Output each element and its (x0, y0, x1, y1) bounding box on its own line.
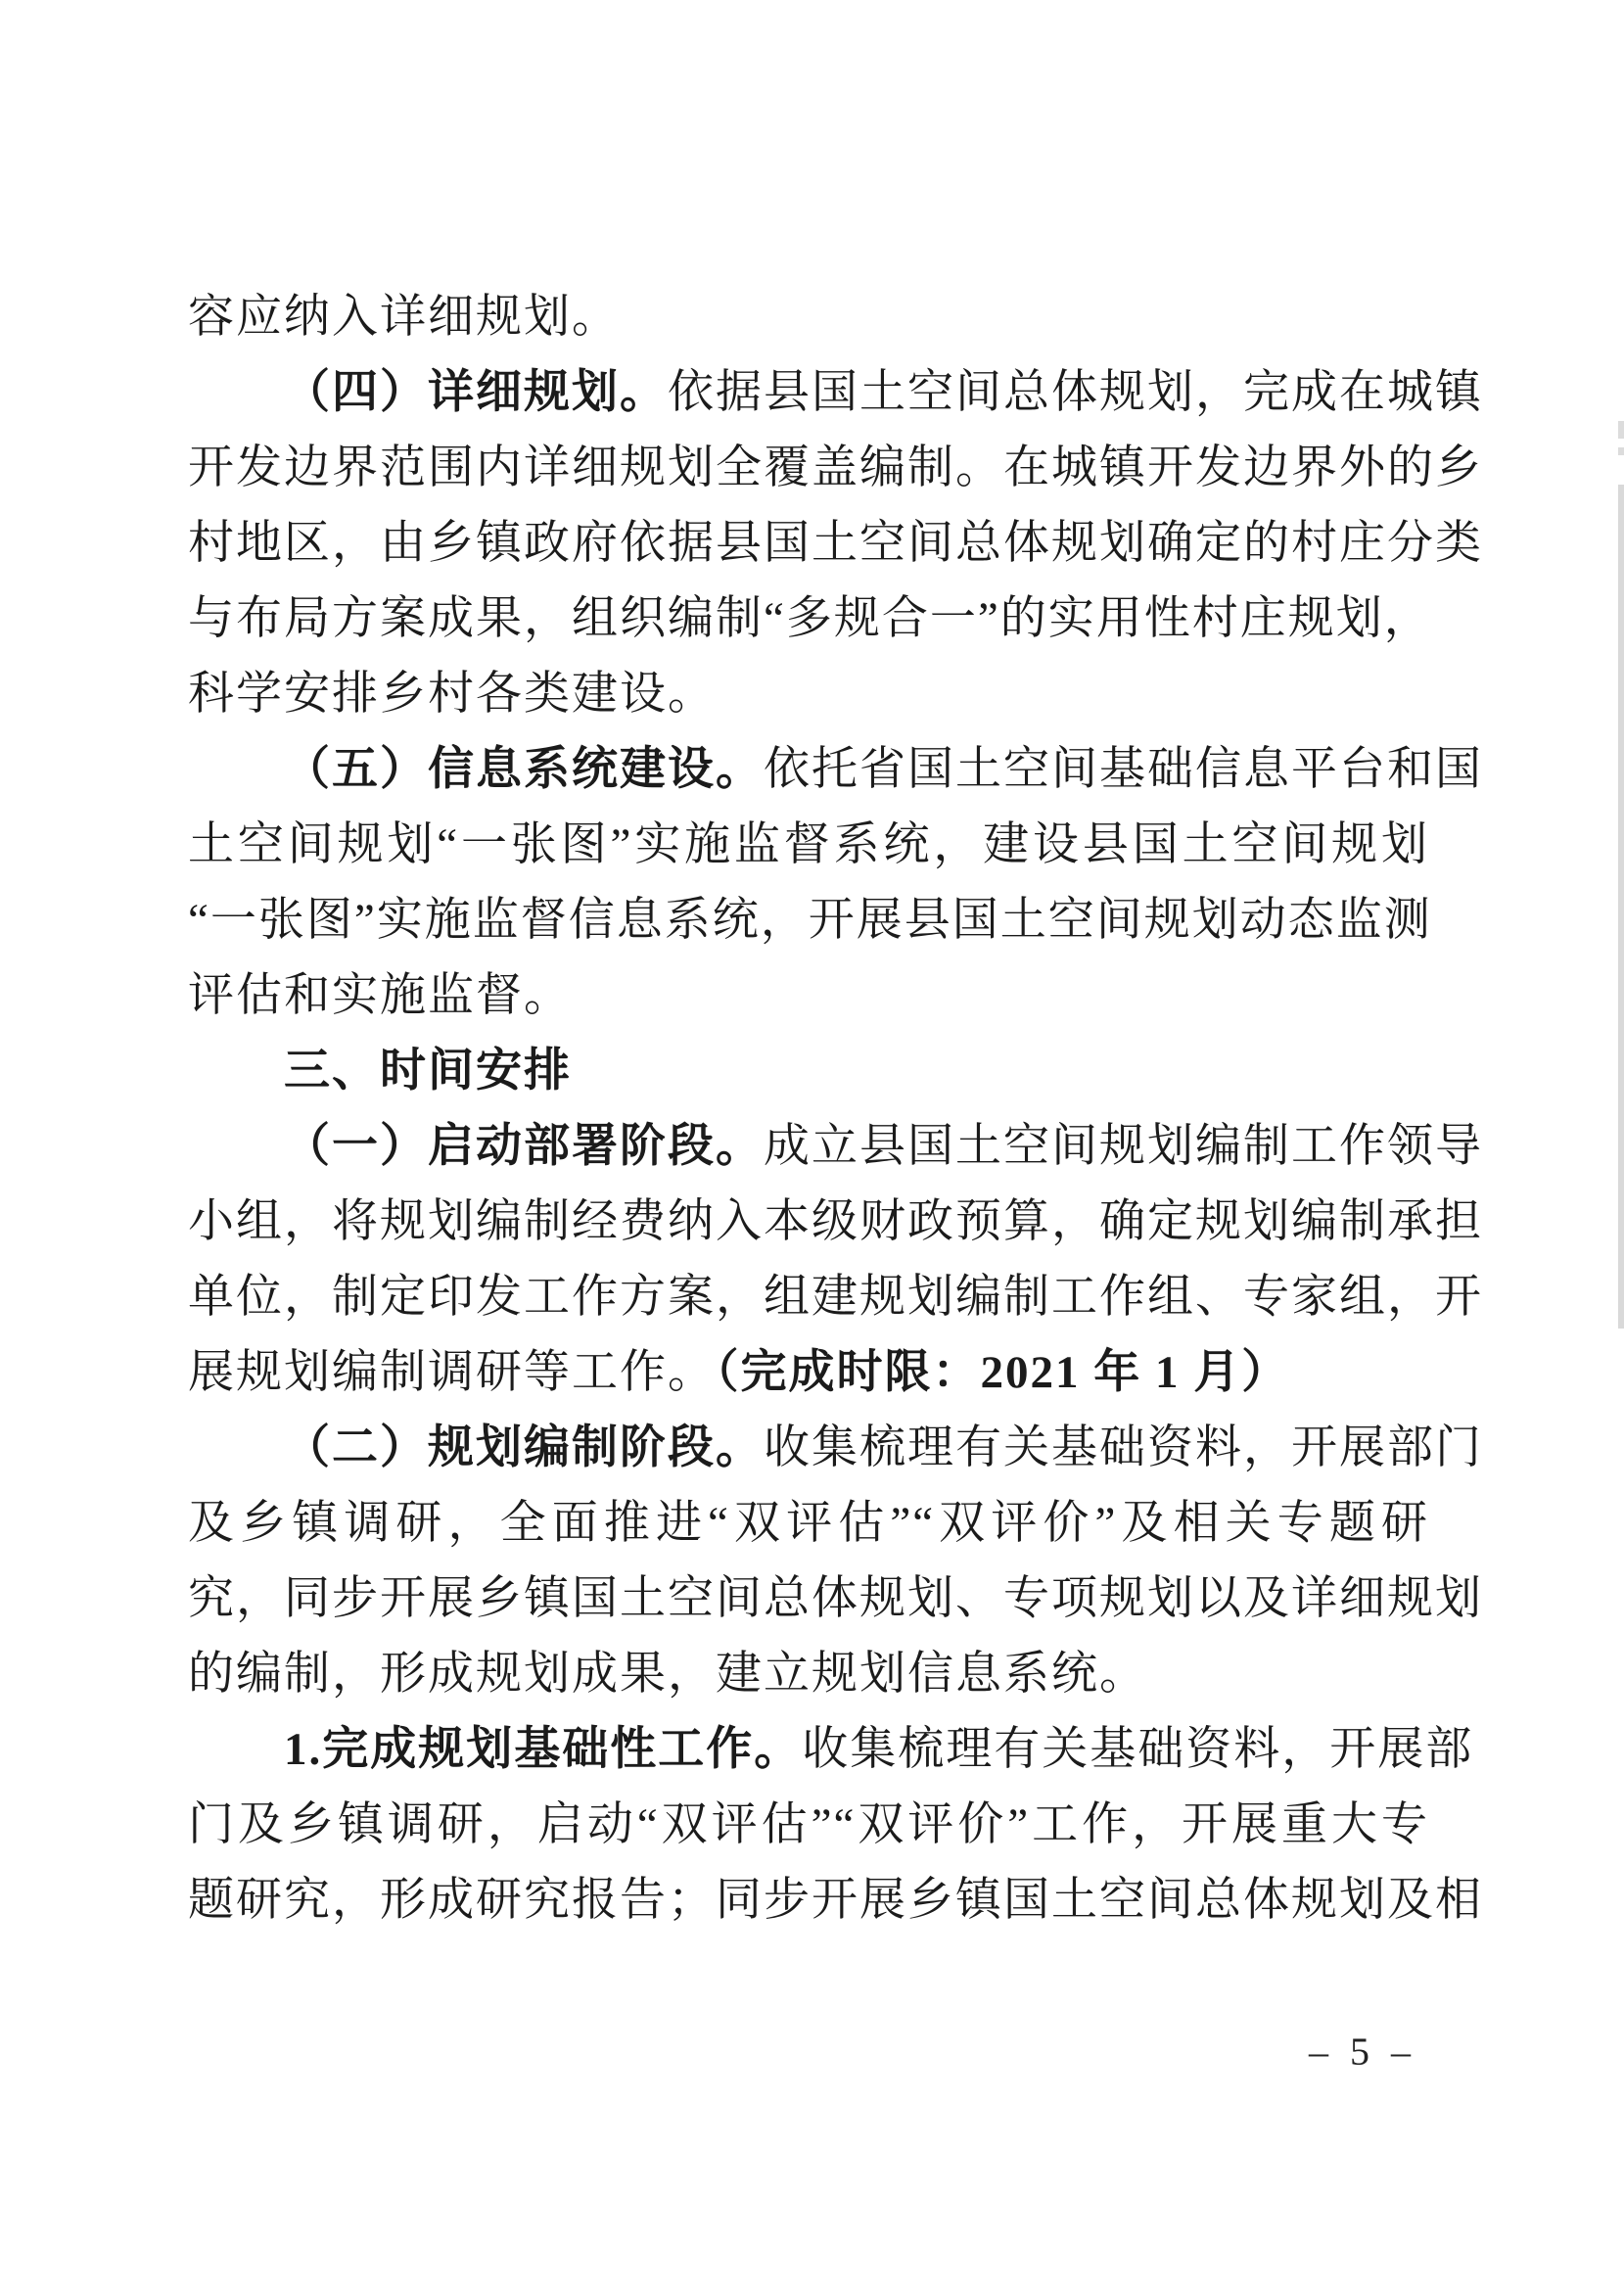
text-line: （五）信息系统建设。依托省国土空间基础信息平台和国 (188, 732, 1429, 808)
body-run: 小组，将规划编制经费纳入本级财政预算，确定规划编制承担 (188, 1196, 1483, 1247)
page-number: – 5 – (1309, 2029, 1416, 2075)
body-run: 评估和实施监督。 (188, 970, 572, 1021)
body-run: 土空间规划“一张图”实施监督系统，建设县国土空间规划 (188, 819, 1429, 870)
heading-run: 三、时间安排 (284, 1046, 572, 1096)
body-run: 开发边界范围内详细规划全覆盖编制。在城镇开发边界外的乡 (188, 443, 1483, 493)
body-run: 题研究，形成研究报告；同步开展乡镇国土空间总体规划及相 (188, 1875, 1483, 1926)
heading-run: （二）规划编制阶段。 (284, 1422, 764, 1473)
body-run: 究，同步开展乡镇国土空间总体规划、专项规划以及详细规划 (188, 1573, 1483, 1624)
body-run: 展规划编制调研等工作。 (188, 1347, 716, 1398)
heading-run: （一）启动部署阶段。 (284, 1121, 764, 1172)
text-line: 开发边界范围内详细规划全覆盖编制。在城镇开发边界外的乡 (188, 431, 1429, 506)
body-run: 的编制，形成规划成果，建立规划信息系统。 (188, 1649, 1147, 1700)
scrollbar-fragment-small[interactable] (1618, 447, 1624, 455)
text-line: 题研究，形成研究报告；同步开展乡镇国土空间总体规划及相 (188, 1863, 1429, 1938)
text-line: 及乡镇调研，全面推进“双评估”“双评价”及相关专题研 (188, 1486, 1429, 1562)
body-run: 依据县国土空间总体规划，完成在城镇 (668, 367, 1483, 418)
text-line: 展规划编制调研等工作。（完成时限：2021 年 1 月） (188, 1335, 1429, 1411)
heading-run: （四）详细规划。 (284, 367, 668, 418)
body-run: 依托省国土空间基础信息平台和国 (764, 744, 1483, 795)
text-line: （二）规划编制阶段。收集梳理有关基础资料，开展部门 (188, 1411, 1429, 1486)
scrollbar-thumb[interactable] (1618, 485, 1624, 1329)
text-line: 1.完成规划基础性工作。收集梳理有关基础资料，开展部 (188, 1712, 1429, 1788)
body-run: 门及乡镇调研，启动“双评估”“双评价”工作，开展重大专 (188, 1799, 1429, 1850)
heading-run: （完成时限：2021 年 1 月） (716, 1347, 1289, 1398)
text-line: “一张图”实施监督信息系统，开展县国土空间规划动态监测 (188, 883, 1429, 958)
text-line: 科学安排乡村各类建设。 (188, 657, 1429, 732)
heading-run: 1.完成规划基础性工作。 (284, 1724, 802, 1775)
text-line: 门及乡镇调研，启动“双评估”“双评价”工作，开展重大专 (188, 1788, 1429, 1863)
body-run: “一张图”实施监督信息系统，开展县国土空间规划动态监测 (188, 895, 1432, 946)
body-run: 收集梳理有关基础资料，开展部门 (764, 1422, 1483, 1473)
text-line: 的编制，形成规划成果，建立规划信息系统。 (188, 1637, 1429, 1712)
text-line: 究，同步开展乡镇国土空间总体规划、专项规划以及详细规划 (188, 1562, 1429, 1637)
text-line: （一）启动部署阶段。成立县国土空间规划编制工作领导 (188, 1109, 1429, 1185)
document-page: 容应纳入详细规划。（四）详细规划。依据县国土空间总体规划，完成在城镇开发边界范围… (0, 0, 1624, 2285)
body-run: 科学安排乡村各类建设。 (188, 669, 716, 720)
text-line: （四）详细规划。依据县国土空间总体规划，完成在城镇 (188, 355, 1429, 431)
text-line: 单位，制定印发工作方案，组建规划编制工作组、专家组，开 (188, 1260, 1429, 1335)
body-run: 与布局方案成果，组织编制“多规合一”的实用性村庄规划， (188, 593, 1432, 644)
text-line: 小组，将规划编制经费纳入本级财政预算，确定规划编制承担 (188, 1185, 1429, 1260)
scrollbar-fragment-top[interactable] (1618, 421, 1624, 439)
body-run: 成立县国土空间规划编制工作领导 (764, 1121, 1483, 1172)
text-line: 与布局方案成果，组织编制“多规合一”的实用性村庄规划， (188, 582, 1429, 657)
text-line: 容应纳入详细规划。 (188, 280, 1429, 355)
text-line: 三、时间安排 (188, 1034, 1429, 1109)
body-run: 单位，制定印发工作方案，组建规划编制工作组、专家组，开 (188, 1272, 1483, 1323)
text-line: 评估和实施监督。 (188, 958, 1429, 1034)
body-run: 村地区，由乡镇政府依据县国土空间总体规划确定的村庄分类 (188, 518, 1483, 569)
body-run: 收集梳理有关基础资料，开展部 (802, 1724, 1473, 1775)
text-line: 村地区，由乡镇政府依据县国土空间总体规划确定的村庄分类 (188, 506, 1429, 582)
body-run: 容应纳入详细规划。 (188, 292, 620, 343)
body-run: 及乡镇调研，全面推进“双评估”“双评价”及相关专题研 (188, 1498, 1429, 1549)
text-block: 容应纳入详细规划。（四）详细规划。依据县国土空间总体规划，完成在城镇开发边界范围… (188, 280, 1429, 1938)
text-line: 土空间规划“一张图”实施监督系统，建设县国土空间规划 (188, 808, 1429, 883)
heading-run: （五）信息系统建设。 (284, 744, 764, 795)
